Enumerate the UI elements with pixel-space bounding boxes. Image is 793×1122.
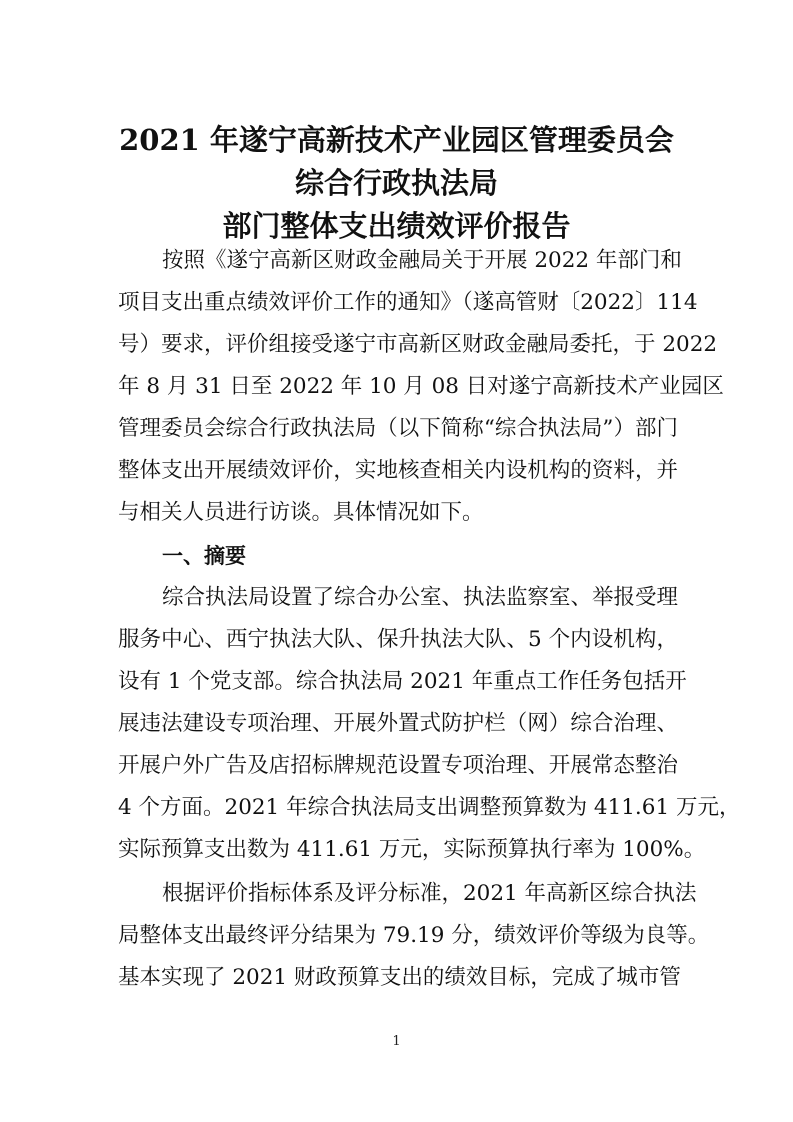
text-line: 根据评价指标体系及评分标准，2021 年高新区综合执法 <box>162 879 678 909</box>
report-title-line-3: 部门整体支出绩效评价报告 <box>0 208 793 244</box>
text-line: 实际预算支出数为 411.61 万元，实际预算执行率为 100%。 <box>118 835 678 865</box>
text-line: 基本实现了 2021 财政预算支出的绩效目标，完成了城市管 <box>118 963 678 993</box>
text-line: 年 8 月 31 日至 2022 年 10 月 08 日对遂宁高新技术产业园区 <box>118 372 678 402</box>
text-line: 按照《遂宁高新区财政金融局关于开展 2022 年部门和 <box>162 246 678 276</box>
text-line: 综合执法局设置了综合办公室、执法监察室、举报受理 <box>162 583 678 613</box>
section-heading-summary: 一、摘要 <box>162 541 246 571</box>
text-line: 4 个方面。2021 年综合执法局支出调整预算数为 411.61 万元， <box>118 793 678 823</box>
report-title-line-1: 2021 年遂宁高新技术产业园区管理委员会 <box>0 122 793 158</box>
text-line: 服务中心、西宁执法大队、保升执法大队、5 个内设机构， <box>118 625 678 655</box>
text-line: 开展户外广告及店招标牌规范设置专项治理、开展常态整治 <box>118 751 678 781</box>
text-line: 整体支出开展绩效评价，实地核查相关内设机构的资料，并 <box>118 456 678 486</box>
text-line: 与相关人员进行访谈。具体情况如下。 <box>118 498 678 528</box>
text-line: 设有 1 个党支部。综合执法局 2021 年重点工作任务包括开 <box>118 667 678 697</box>
document-page: 2021 年遂宁高新技术产业园区管理委员会 综合行政执法局 部门整体支出绩效评价… <box>0 0 793 1122</box>
page-number: 1 <box>0 1034 793 1050</box>
text-line: 局整体支出最终评分结果为 79.19 分，绩效评价等级为良等。 <box>118 921 678 951</box>
text-line: 号）要求，评价组接受遂宁市高新区财政金融局委托，于 2022 <box>118 330 678 360</box>
text-line: 项目支出重点绩效评价工作的通知》（遂高管财〔2022〕114 <box>118 288 678 318</box>
text-line: 展违法建设专项治理、开展外置式防护栏（网）综合治理、 <box>118 709 678 739</box>
report-title-line-2: 综合行政执法局 <box>0 165 793 201</box>
text-line: 管理委员会综合行政执法局（以下简称“综合执法局”）部门 <box>118 414 678 444</box>
